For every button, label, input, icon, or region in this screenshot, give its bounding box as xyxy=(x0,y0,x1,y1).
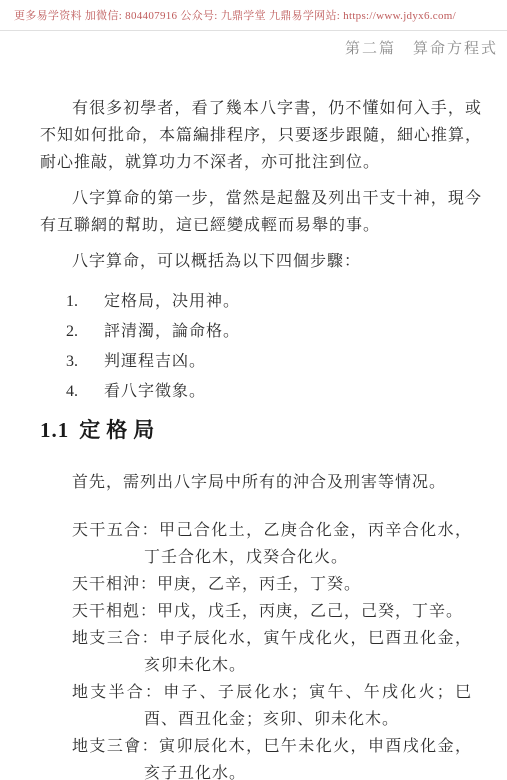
step-number: 3. xyxy=(66,348,104,375)
definition-label: 天干五合： xyxy=(72,522,159,539)
step-item-3: 3. 判運程吉凶。 xyxy=(40,348,482,375)
chapter-title: 第二篇 算命方程式 xyxy=(0,39,507,59)
step-number: 1. xyxy=(66,288,104,315)
definition-text: 甲庚，乙辛，丙壬，丁癸。 xyxy=(157,576,361,593)
header-divider xyxy=(0,30,507,31)
definitions-list: 天干五合：甲己合化土，乙庚合化金，丙辛合化水，丁壬合化木，戊癸合化火。 天干相沖… xyxy=(40,517,482,780)
definition-label: 天干相剋： xyxy=(72,603,157,620)
section-number: 1.1 xyxy=(40,418,69,442)
definition-dizhi-sanhe: 地支三合：申子辰化水，寅午戌化火，巳酉丑化金，亥卯未化木。 xyxy=(40,625,472,679)
definition-text: 寅卯辰化木，巳午未化火，申酉戌化金，亥子丑化水。 xyxy=(144,738,472,780)
definition-text: 甲戊，戊壬，丙庚，乙己，己癸，丁辛。 xyxy=(157,603,463,620)
definition-tiangan-xiangchong: 天干相沖：甲庚，乙辛，丙壬，丁癸。 xyxy=(40,571,472,598)
steps-list: 1. 定格局，决用神。 2. 評清濁，論命格。 3. 判運程吉凶。 4. 看八字… xyxy=(40,288,482,405)
step-number: 4. xyxy=(66,378,104,405)
definition-dizhi-banhe: 地支半合：申子、子辰化水；寅午、午戌化火；巳酉、酉丑化金；亥卯、卯未化木。 xyxy=(40,679,472,733)
definition-label: 地支三會： xyxy=(72,738,159,755)
step-text: 定格局，决用神。 xyxy=(104,288,240,315)
intro-paragraph-1: 有很多初學者，看了幾本八字書，仍不懂如何入手，或不知如何批命，本篇編排程序，只要… xyxy=(40,95,482,176)
document-page: 更多易学资料 加微信: 804407916 公众号: 九鼎学堂 九鼎易学网站: … xyxy=(0,0,507,780)
section-title: 定格局 xyxy=(79,418,160,442)
intro-paragraph-2: 八字算命的第一步，當然是起盤及列出干支十神，現今有互聯網的幫助，這已經變成輕而易… xyxy=(40,185,482,239)
definition-text: 申子辰化水，寅午戌化火，巳酉丑化金，亥卯未化木。 xyxy=(144,630,472,674)
section-heading: 1.1定格局 xyxy=(40,415,482,445)
page-body: 有很多初學者，看了幾本八字書，仍不懂如何入手，或不知如何批命，本篇編排程序，只要… xyxy=(0,95,507,780)
promo-header-text: 更多易学资料 加微信: 804407916 公众号: 九鼎学堂 九鼎易学网站: … xyxy=(0,0,507,24)
step-item-2: 2. 評清濁，論命格。 xyxy=(40,318,482,345)
step-text: 評清濁，論命格。 xyxy=(104,318,240,345)
step-number: 2. xyxy=(66,318,104,345)
definition-label: 地支半合： xyxy=(72,684,163,701)
definition-dizhi-sanhui: 地支三會：寅卯辰化木，巳午未化火，申酉戌化金，亥子丑化水。 xyxy=(40,733,472,780)
section-intro-paragraph: 首先，需列出八字局中所有的沖合及刑害等情况。 xyxy=(40,469,482,496)
definition-label: 地支三合： xyxy=(72,630,159,647)
definition-tiangan-xiangke: 天干相剋：甲戊，戊壬，丙庚，乙己，己癸，丁辛。 xyxy=(40,598,472,625)
step-item-1: 1. 定格局，决用神。 xyxy=(40,288,482,315)
definition-label: 天干相沖： xyxy=(72,576,157,593)
step-item-4: 4. 看八字徵象。 xyxy=(40,378,482,405)
definition-text: 甲己合化土，乙庚合化金，丙辛合化水，丁壬合化木，戊癸合化火。 xyxy=(144,522,472,566)
definition-tiangan-wuhe: 天干五合：甲己合化土，乙庚合化金，丙辛合化水，丁壬合化木，戊癸合化火。 xyxy=(40,517,472,571)
step-text: 看八字徵象。 xyxy=(104,378,206,405)
steps-lead-in-paragraph: 八字算命，可以概括為以下四個步驟： xyxy=(40,248,482,275)
definition-text: 申子、子辰化水；寅午、午戌化火；巳酉、酉丑化金；亥卯、卯未化木。 xyxy=(144,684,472,728)
step-text: 判運程吉凶。 xyxy=(104,348,206,375)
